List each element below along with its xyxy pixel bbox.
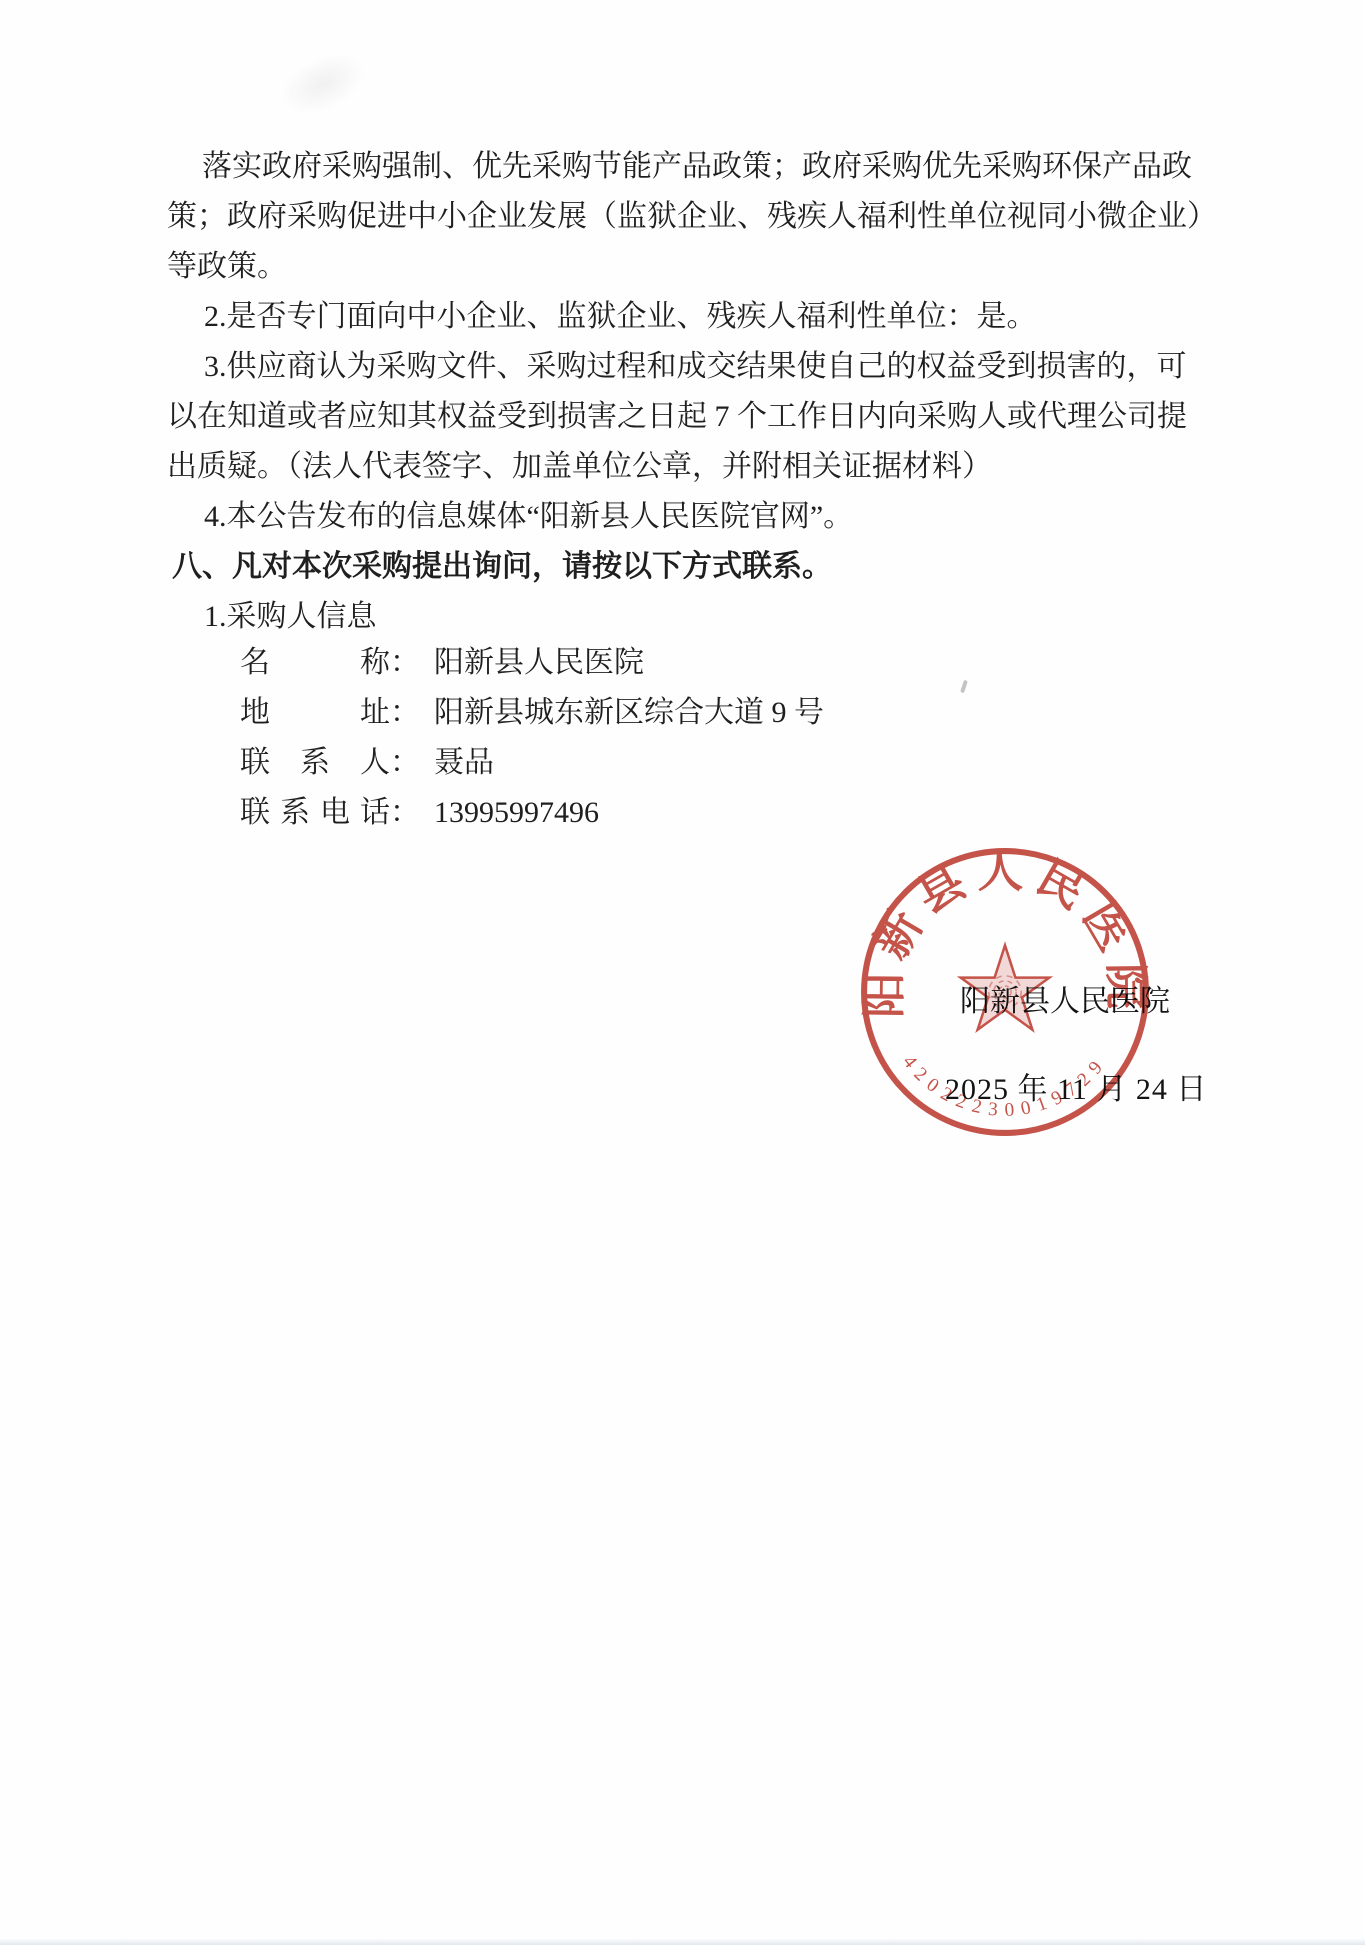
body-line: 策；政府采购促进中小企业发展（监狱企业、残疾人福利性单位视同小微企业） [167,192,1229,242]
body-line: 出质疑。（法人代表签字、加盖单位公章，并附相关证据材料） [167,442,1229,492]
contact-value: 13995997496 [434,788,599,838]
body-line: 3.供应商认为采购文件、采购过程和成交结果使自己的权益受到损害的，可 [167,342,1229,392]
body-line: 2.是否专门面向中小企业、监狱企业、残疾人福利性单位：是。 [167,292,1229,342]
purchaser-contact-info: 名称：阳新县人民医院 地址：阳新县城东新区综合大道 9 号 联系人：聂品 联系电… [240,638,824,838]
scanned-document-page: 落实政府采购强制、优先采购节能产品政策；政府采购优先采购环保产品政 策；政府采购… [0,0,1365,1945]
contact-colon: ： [390,688,420,738]
scan-bottom-edge [0,1938,1365,1945]
contact-row-address: 地址：阳新县城东新区综合大道 9 号 [240,688,824,738]
document-body: 落实政府采购强制、优先采购节能产品政策；政府采购优先采购环保产品政 策；政府采购… [167,142,1229,642]
body-line: 落实政府采购强制、优先采购节能产品政策；政府采购优先采购环保产品政 [167,142,1229,192]
signature-org: 阳新县人民医院 [960,976,1225,1020]
contact-colon: ： [390,738,420,788]
contact-colon: ： [390,638,420,688]
contact-row-name: 名称：阳新县人民医院 [240,638,824,688]
contact-label: 地址 [240,688,390,738]
contact-label: 联系人 [240,738,390,788]
section-heading: 八、凡对本次采购提出询问，请按以下方式联系。 [167,542,1229,592]
signature-date: 2025 年 11 月 24 日 [945,1064,1225,1108]
body-line: 4.本公告发布的信息媒体“阳新县人民医院官网”。 [167,492,1229,542]
signature-block: 阳新县人民医院 2025 年 11 月 24 日 [945,976,1225,1108]
contact-value: 聂品 [434,738,494,788]
contact-label: 联系电话 [240,788,390,838]
body-line: 1.采购人信息 [167,592,1229,642]
contact-colon: ： [390,788,420,838]
scan-smudge [271,41,375,126]
scan-speck [960,680,968,694]
contact-row-phone: 联系电话：13995997496 [240,788,824,838]
body-line: 以在知道或者应知其权益受到损害之日起 7 个工作日内向采购人或代理公司提 [167,392,1229,442]
contact-value: 阳新县人民医院 [434,638,644,688]
contact-label: 名称 [240,638,390,688]
body-line: 等政策。 [167,242,1229,292]
contact-value: 阳新县城东新区综合大道 9 号 [434,688,824,738]
contact-row-person: 联系人：聂品 [240,738,824,788]
